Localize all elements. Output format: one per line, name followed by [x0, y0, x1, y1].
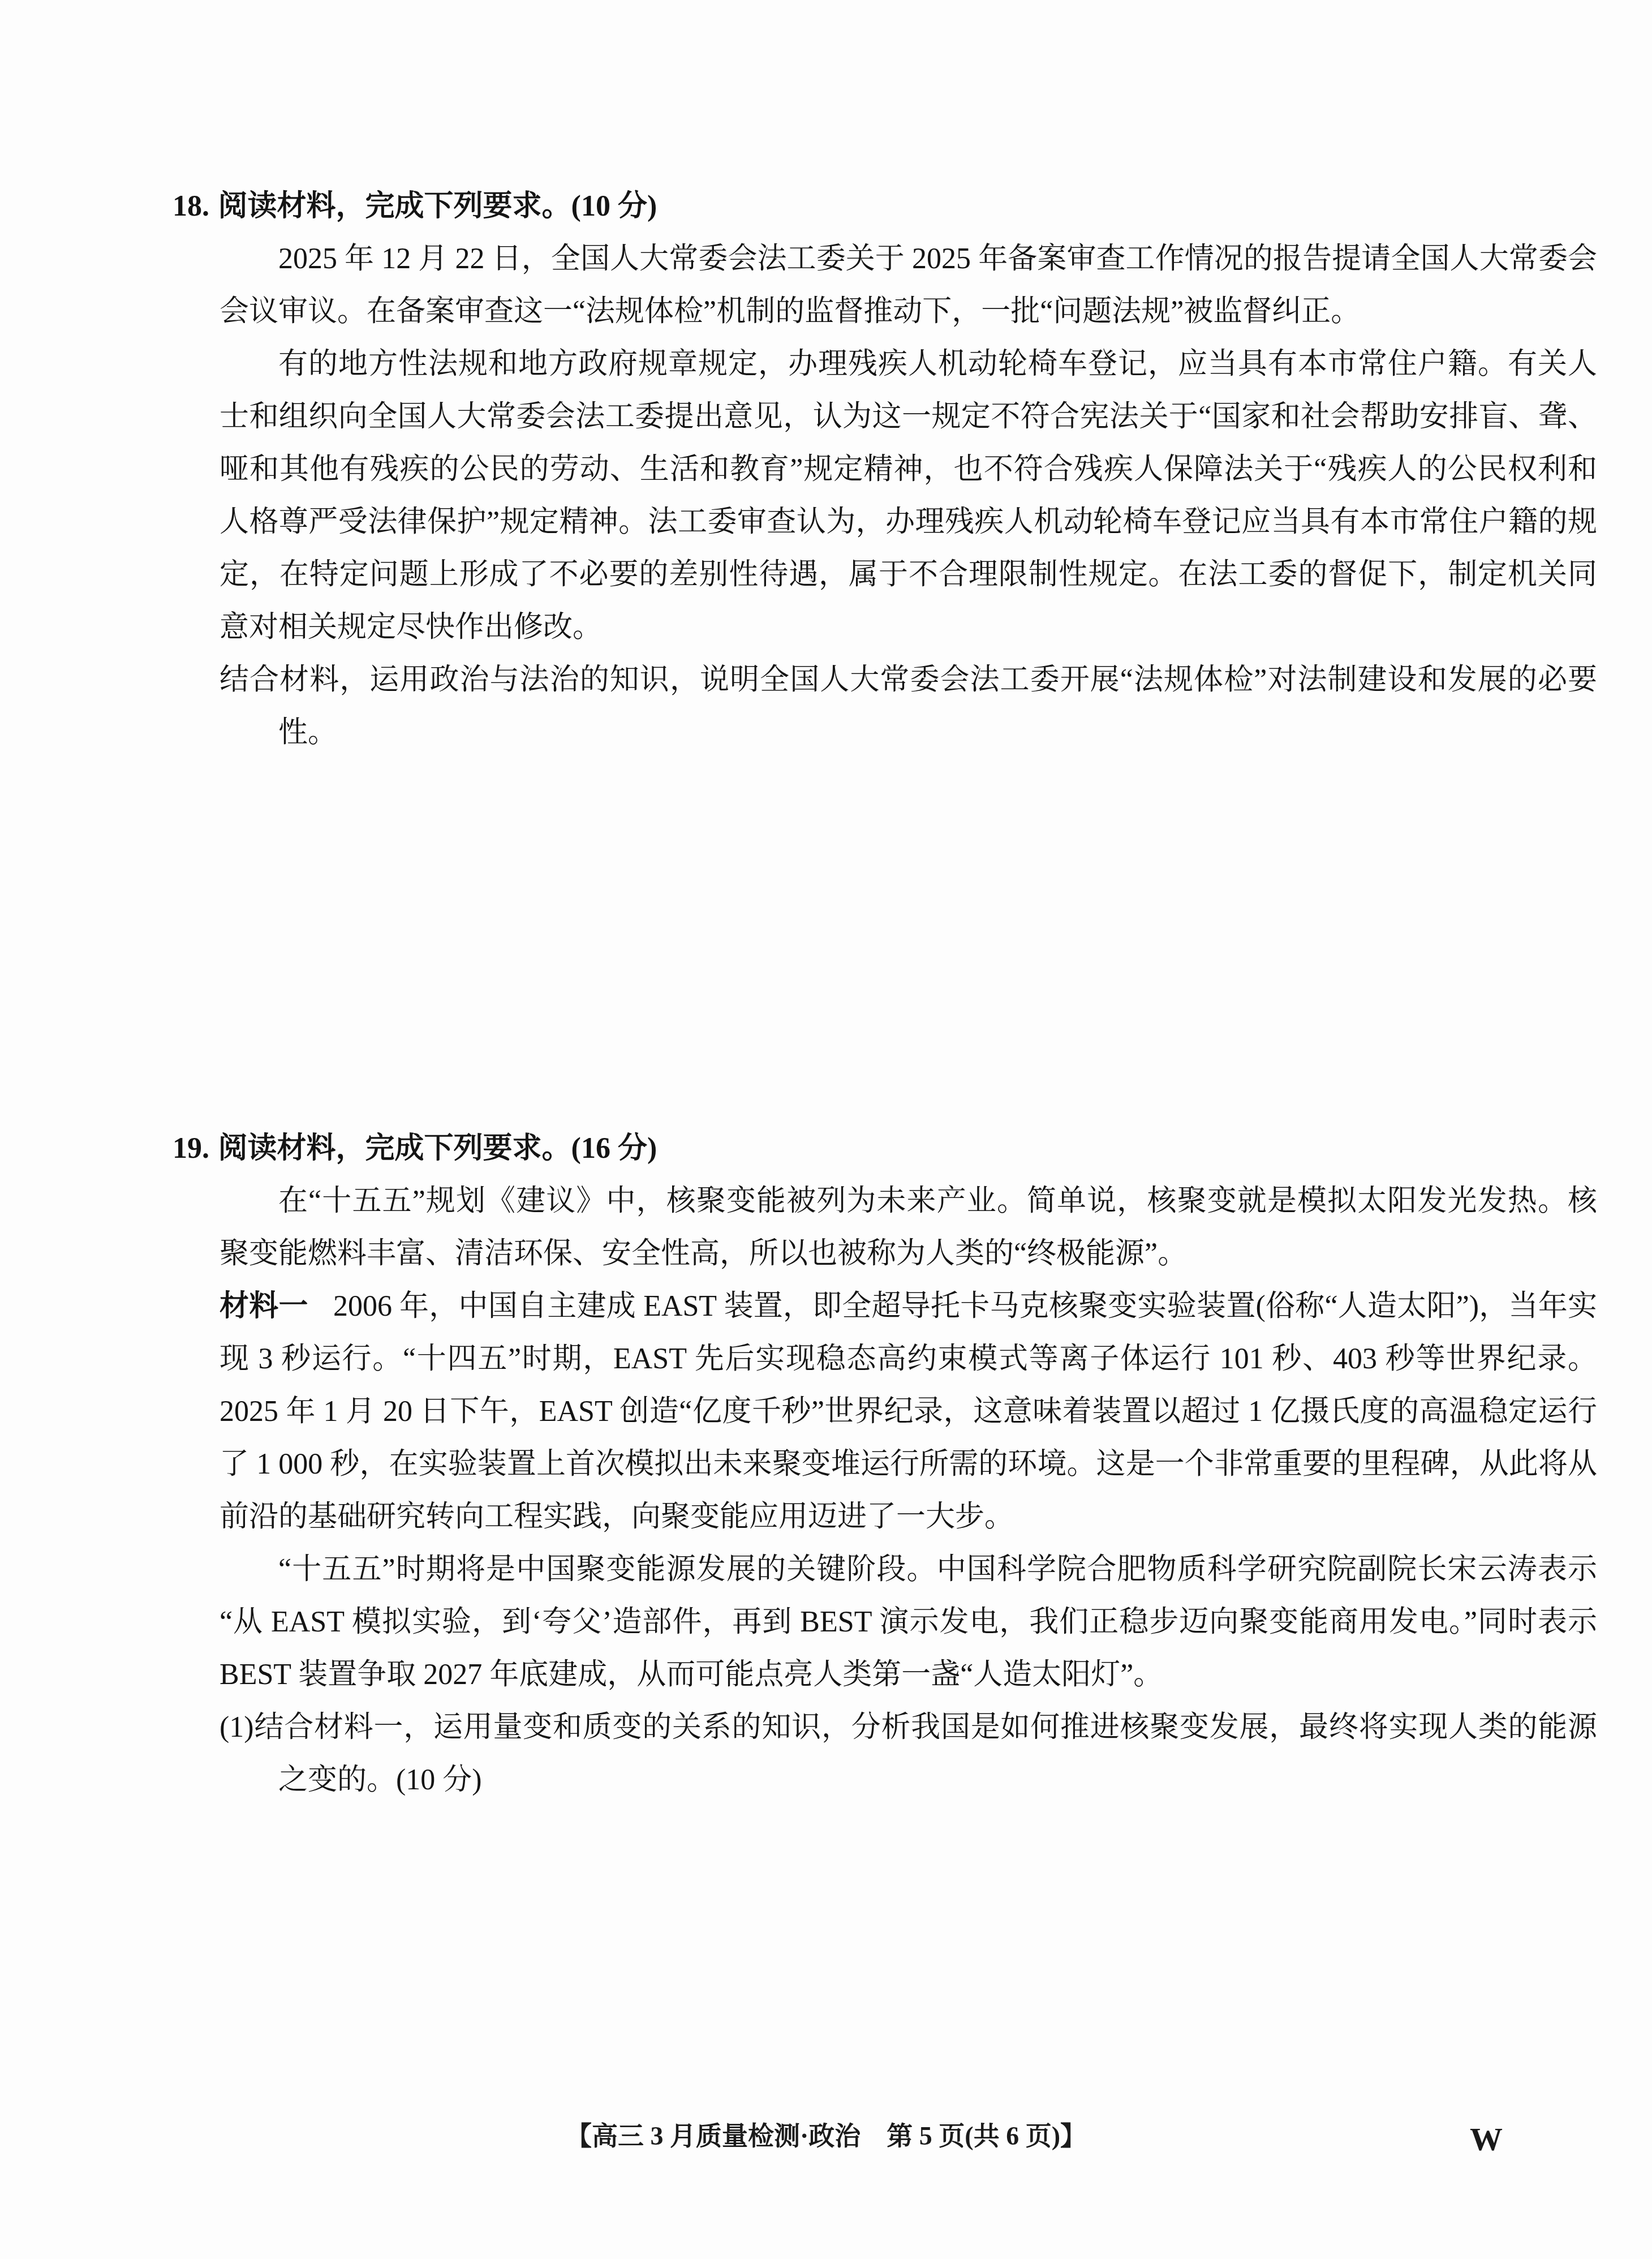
- question-18-title: 阅读材料，完成下列要求。(10 分): [218, 190, 657, 222]
- question-19-number: 19.: [173, 1122, 209, 1175]
- page-content: 18.阅读材料，完成下列要求。(10 分) 2025 年 12 月 22 日，全…: [173, 180, 1597, 1806]
- question-19-material-1-paragraph-2: “十五五”时期将是中国聚变能源发展的关键阶段。中国科学院合肥物质科学研究院副院长…: [220, 1543, 1597, 1701]
- question-18-header: 18.阅读材料，完成下列要求。(10 分): [173, 180, 1597, 233]
- question-19-header: 19.阅读材料，完成下列要求。(16 分): [173, 1122, 1597, 1175]
- question-18-body: 2025 年 12 月 22 日，全国人大常委会法工委关于 2025 年备案审查…: [220, 233, 1597, 759]
- question-19-body: 在“十五五”规划《建议》中，核聚变能被列为未来产业。简单说，核聚变就是模拟太阳发…: [220, 1175, 1597, 1806]
- question-18-prompt: 结合材料，运用政治与法治的知识，说明全国人大常委会法工委开展“法规体检”对法制建…: [220, 654, 1597, 759]
- question-19-material-1: 材料一2006 年，中国自主建成 EAST 装置，即全超导托卡马克核聚变实验装置…: [220, 1280, 1597, 1543]
- question-19-intro: 在“十五五”规划《建议》中，核聚变能被列为未来产业。简单说，核聚变就是模拟太阳发…: [220, 1175, 1597, 1280]
- page-footer: 【高三 3 月质量检测·政治 第 5 页(共 6 页)】: [0, 2118, 1652, 2155]
- question-18-number: 18.: [173, 180, 209, 233]
- question-19-title: 阅读材料，完成下列要求。(16 分): [218, 1132, 657, 1165]
- material-1-text: 2006 年，中国自主建成 EAST 装置，即全超导托卡马克核聚变实验装置(俗称…: [220, 1290, 1597, 1533]
- material-1-label: 材料一: [220, 1290, 308, 1322]
- question-19-sub-question-1: (1)结合材料一，运用量变和质变的关系的知识，分析我国是如何推进核聚变发展，最终…: [220, 1701, 1597, 1806]
- question-18-paragraph-1: 2025 年 12 月 22 日，全国人大常委会法工委关于 2025 年备案审查…: [220, 233, 1597, 338]
- footer-watermark: W: [1470, 2121, 1503, 2158]
- question-19: 19.阅读材料，完成下列要求。(16 分) 在“十五五”规划《建议》中，核聚变能…: [173, 1122, 1597, 1806]
- exam-page: 18.阅读材料，完成下列要求。(10 分) 2025 年 12 月 22 日，全…: [0, 0, 1652, 2259]
- question-18: 18.阅读材料，完成下列要求。(10 分) 2025 年 12 月 22 日，全…: [173, 180, 1597, 759]
- question-18-paragraph-2: 有的地方性法规和地方政府规章规定，办理残疾人机动轮椅车登记，应当具有本市常住户籍…: [220, 338, 1597, 654]
